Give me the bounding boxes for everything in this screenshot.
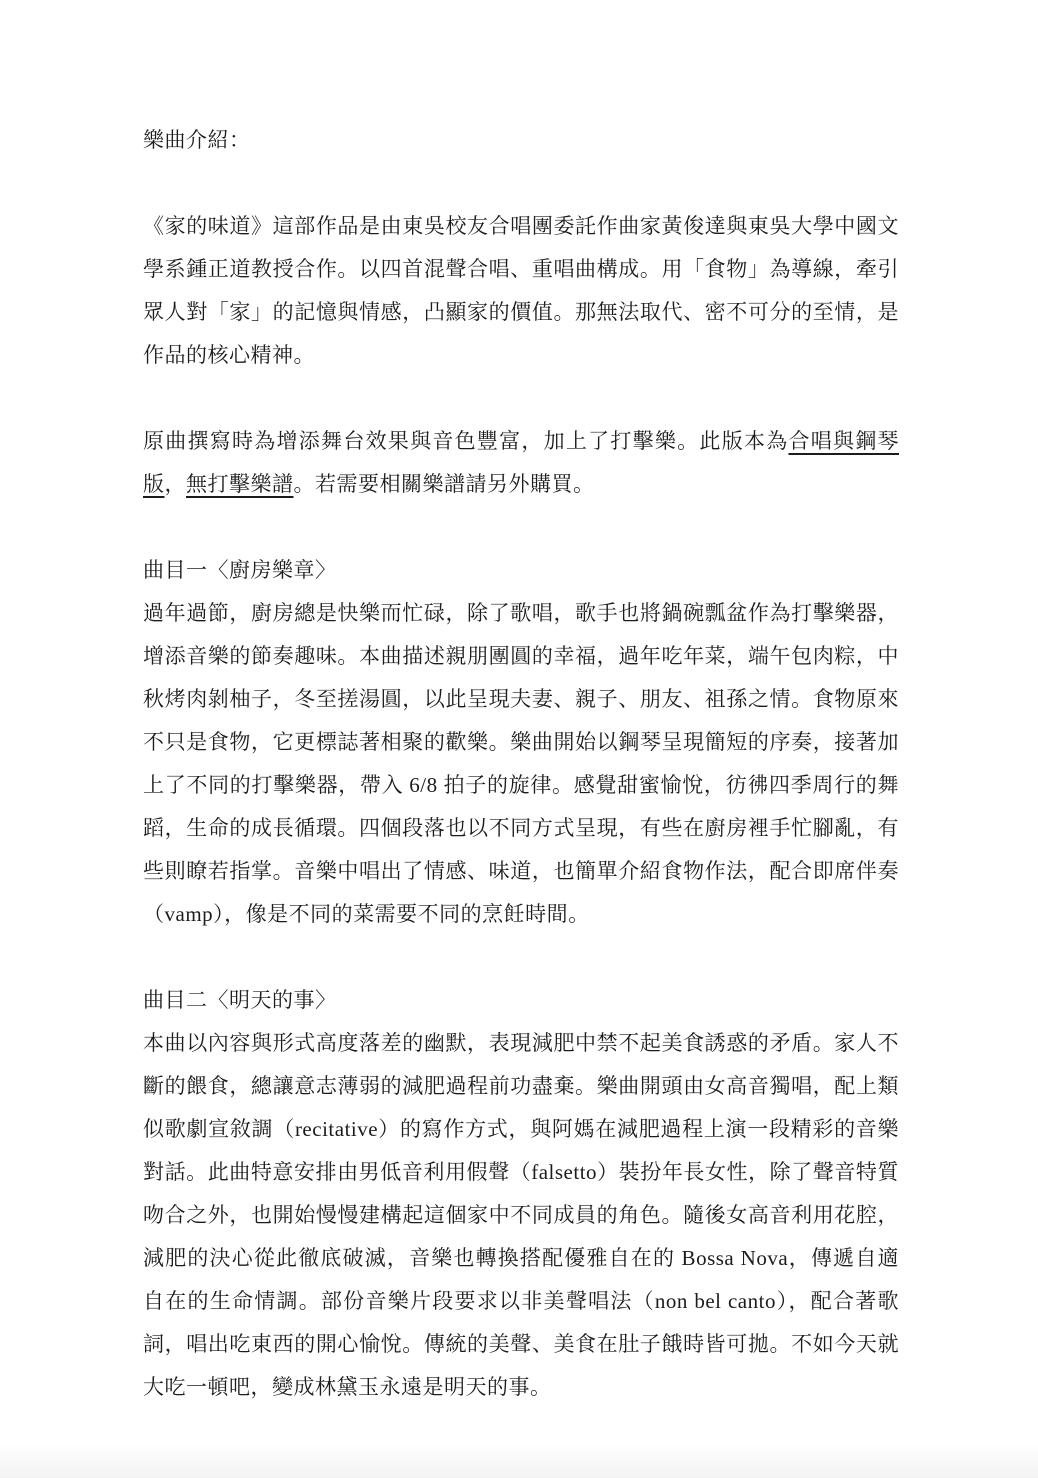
text-segment: 。若需要相關樂譜請另外購買。	[294, 472, 595, 496]
section-1-heading: 曲目一〈廚房樂章〉	[143, 549, 899, 592]
edition-note-paragraph: 原曲撰寫時為增添舞台效果與音色豐富，加上了打擊樂。此版本為合唱與鋼琴版，無打擊樂…	[143, 420, 899, 506]
section-2-heading: 曲目二〈明天的事〉	[143, 979, 899, 1022]
underlined-text-segment: 無打擊樂譜	[186, 472, 294, 496]
section-track-2: 曲目二〈明天的事〉 本曲以內容與形式高度落差的幽默，表現減肥中禁不起美食誘惑的矛…	[143, 979, 899, 1409]
document-content: 樂曲介紹： 《家的味道》這部作品是由東吳校友合唱團委託作曲家黃俊達與東吳大學中國…	[143, 119, 899, 1452]
page-title: 樂曲介紹：	[143, 119, 899, 162]
document-page: 樂曲介紹： 《家的味道》這部作品是由東吳校友合唱團委託作曲家黃俊達與東吳大學中國…	[0, 0, 1038, 1478]
intro-paragraph: 《家的味道》這部作品是由東吳校友合唱團委託作曲家黃俊達與東吳大學中國文學系鍾正道…	[143, 205, 899, 377]
text-segment: 原曲撰寫時為增添舞台效果與音色豐富，加上了打擊樂。此版本為	[143, 429, 788, 453]
section-1-body: 過年過節，廚房總是快樂而忙碌，除了歌唱，歌手也將鍋碗瓢盆作為打擊樂器，增添音樂的…	[143, 592, 899, 936]
section-2-body: 本曲以內容與形式高度落差的幽默，表現減肥中禁不起美食誘惑的矛盾。家人不斷的餵食，…	[143, 1022, 899, 1409]
section-track-1: 曲目一〈廚房樂章〉 過年過節，廚房總是快樂而忙碌，除了歌唱，歌手也將鍋碗瓢盆作為…	[143, 549, 899, 936]
text-segment: ，	[165, 472, 187, 496]
